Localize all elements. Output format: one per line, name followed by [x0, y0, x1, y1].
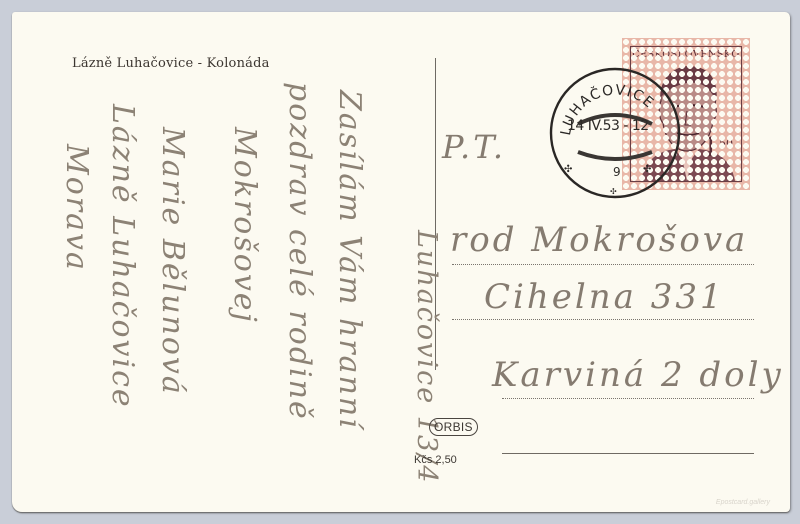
card-price: Kčs 2,50 [414, 454, 457, 466]
message-line-3: Mokrošovej [227, 127, 262, 324]
message-place-date: Luhačovice 13/4 [411, 230, 442, 484]
postcard-caption: Lázně Luhačovice - Kolonáda [72, 56, 270, 71]
publisher-logo: ORBIS [429, 418, 478, 436]
svg-text:✣: ✣ [564, 164, 572, 175]
address-line-3: Karviná 2 doly [492, 355, 784, 395]
address-salutation: P.T. [442, 128, 506, 166]
message-line-1: Zasílám Vám hranní [332, 90, 367, 430]
message-line-6: Morava [59, 144, 94, 272]
message-line-4: Marie Bělunová [155, 127, 190, 396]
address-line-1: rod Mokrošova [450, 220, 748, 260]
svg-text:✣: ✣ [643, 164, 651, 175]
stamp-value: 150 [702, 133, 733, 163]
address-dotted-line-3 [502, 398, 754, 399]
address-dotted-line-1 [452, 264, 754, 265]
address-dotted-line-2 [452, 319, 754, 320]
address-solid-line-4 [502, 453, 754, 454]
svg-text:✣: ✣ [610, 187, 617, 196]
address-line-2: Cihelna 331 [484, 277, 725, 317]
message-line-5: Lázně Luhačovice [105, 104, 140, 409]
postmark-date: 14 IV.53 - 12 [567, 118, 649, 134]
watermark: Epostcard.gallery [716, 499, 770, 506]
postmark-code: 9 [613, 165, 621, 179]
message-line-2: pozdrav celé rodině [282, 82, 317, 421]
postcard-back: Lázně Luhačovice - Kolonáda Zasílám Vám … [12, 12, 790, 512]
